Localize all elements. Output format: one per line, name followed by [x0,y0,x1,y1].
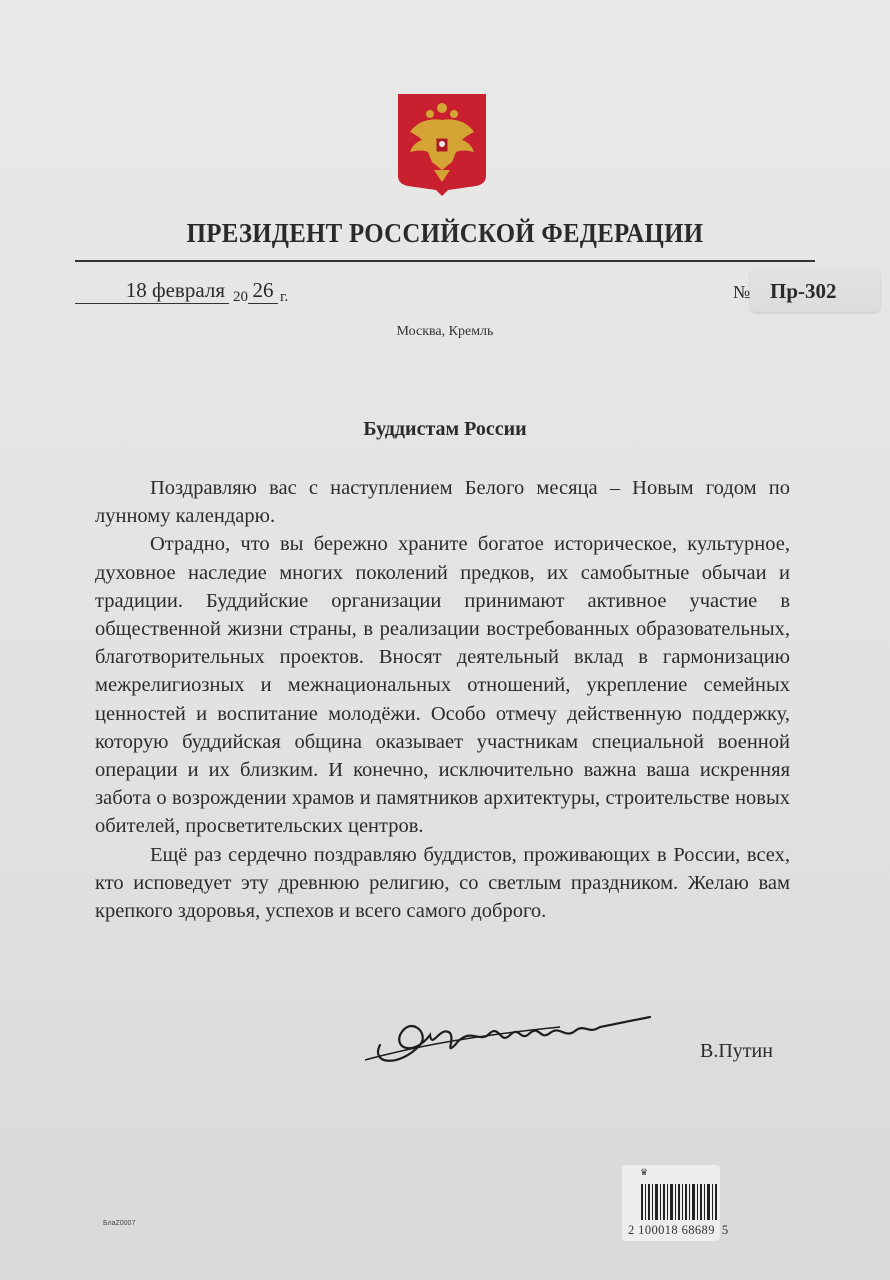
signatory-name: В.Путин [700,1040,773,1063]
letterhead-title: ПРЕЗИДЕНТ РОССИЙСКОЙ ФЕДЕРАЦИИ [36,218,855,249]
emblem-mark-icon: ♛ [640,1167,648,1178]
barcode-icon [641,1184,719,1220]
paragraph: Поздравляю вас с наступлением Белого мес… [95,474,790,530]
handwritten-signature-icon [360,1005,660,1075]
form-code: БлаZ0007 [103,1220,135,1227]
barcode-number: 2 100018 68689 5 [628,1223,729,1238]
letter-page: ПРЕЗИДЕНТ РОССИЙСКОЙ ФЕДЕРАЦИИ 18 феврал… [0,0,890,1280]
addressee-heading: Буддистам России [0,418,890,441]
paragraph: Ещё раз сердечно поздравляю буддистов, п… [95,841,790,926]
coat-of-arms-icon [396,92,488,196]
paragraph: Отрадно, что вы бережно храните богатое … [95,530,790,840]
header-divider [75,260,815,262]
document-date: 18 февраля2026г. [75,278,288,306]
letter-body: Поздравляю вас с наступлением Белого мес… [95,474,790,925]
number-label: № [733,282,750,303]
date-suffix: г. [280,289,288,305]
place-of-issue: Москва, Кремль [0,324,890,340]
date-day: 18 февраля [75,278,229,304]
date-year: 26 [248,278,278,304]
document-number: Пр-302 [770,279,837,304]
date-century: 20 [233,289,248,305]
